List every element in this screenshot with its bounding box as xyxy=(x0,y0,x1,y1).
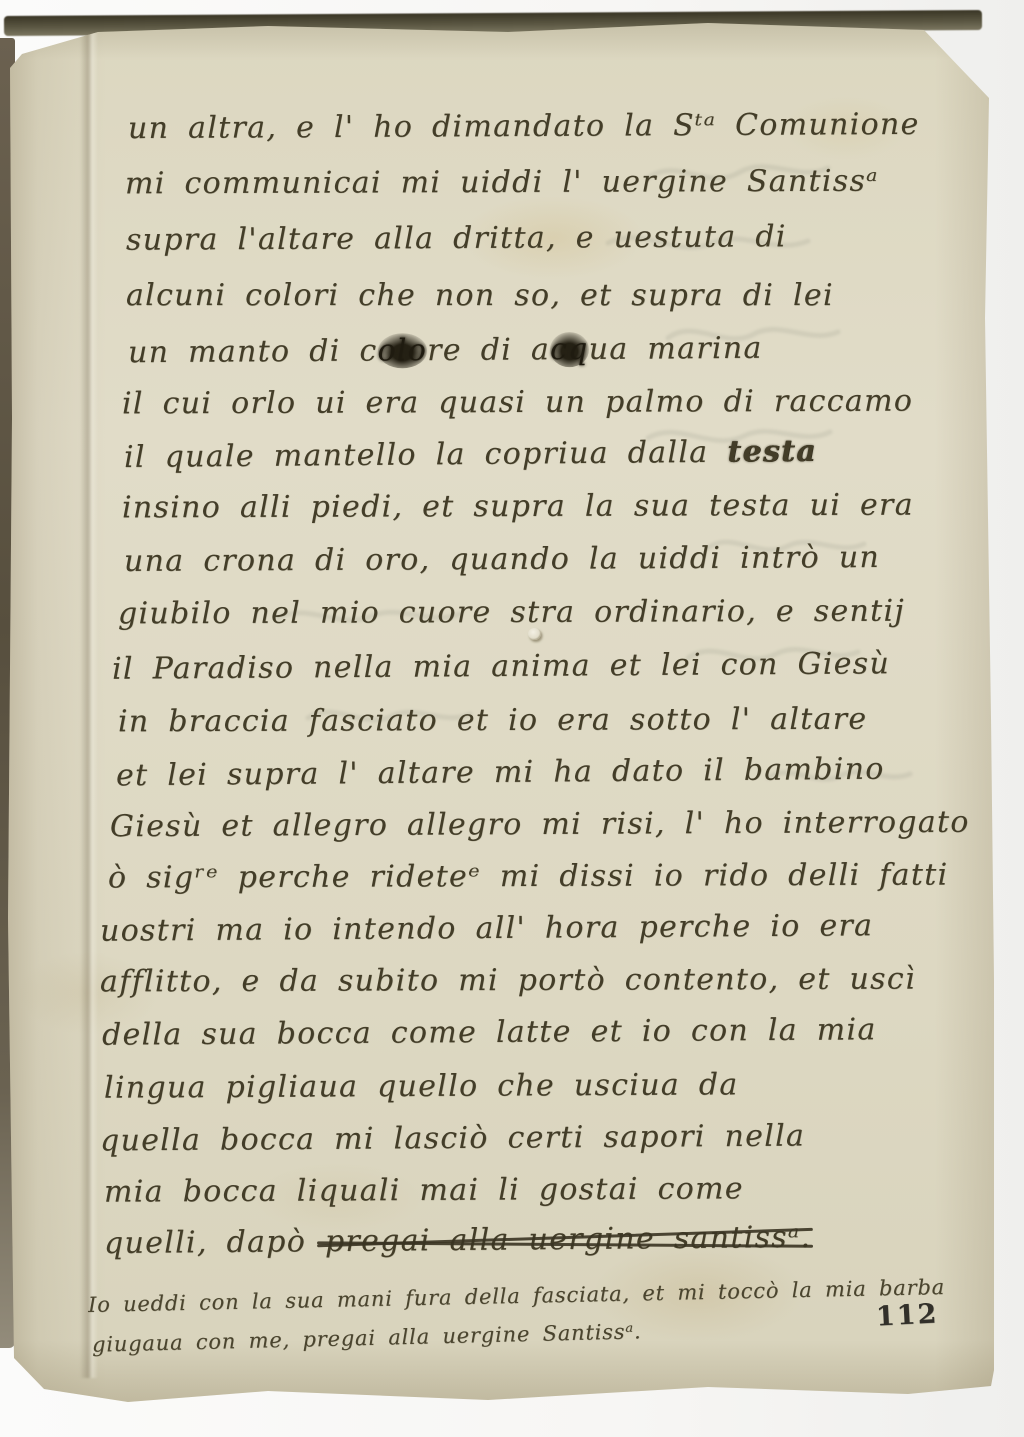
line-text: afflitto, e da subito mi portò contento,… xyxy=(100,962,916,1000)
line-text: supra l'altare alla dritta, e uestuta di xyxy=(126,219,787,257)
line-text: quelli, dapò xyxy=(104,1224,325,1261)
line-text: et lei supra l' altare mi ha dato il bam… xyxy=(116,752,885,794)
text-line-5: un manto di colore di acqua marina xyxy=(128,334,763,368)
handwritten-text-block: un altra, e l' ho dimandato la Sᵗᵃ Comun… xyxy=(8,18,994,1410)
text-line-2: mi communicai mi uiddi l' uergine Santis… xyxy=(125,167,879,200)
text-line-17: afflitto, e da subito mi portò contento,… xyxy=(100,965,916,998)
text-line-19: lingua pigliaua quello che usciua da xyxy=(104,1070,739,1103)
line-text: Io ueddi con la sua mani fura della fasc… xyxy=(88,1275,945,1317)
text-line-7: il quale mantello la copriua dalla testa xyxy=(124,437,817,473)
line-text: alcuni colori che non so, et supra di le… xyxy=(126,278,834,313)
manuscript-page: un altra, e l' ho dimandato la Sᵗᵃ Comun… xyxy=(8,18,994,1410)
text-line-13: et lei supra l' altare mi ha dato il bam… xyxy=(116,755,885,792)
line-text: il cui orlo ui era quasi un palmo di rac… xyxy=(122,384,913,422)
line-text: Giesù et allegro allegro mi risi, l' ho … xyxy=(110,805,970,845)
line-text: un altra, e l' ho dimandato la Sᵗᵃ Comun… xyxy=(128,107,920,146)
text-line-9: una crona di oro, quando la uiddi intrò … xyxy=(124,543,880,577)
line-text: giubilo nel mio cuore stra ordinario, e … xyxy=(118,594,905,632)
struck-through-passage: pregai alla uergine santissᵃ. xyxy=(325,1223,812,1257)
line-text: ua marina xyxy=(589,331,763,367)
text-line-11: il Paradiso nella mia anima et lei con G… xyxy=(112,649,890,684)
line-text: un manto di c xyxy=(128,333,378,370)
text-line-20: quella bocca mi lasciò certi sapori nell… xyxy=(100,1122,805,1157)
text-line-14: Giesù et allegro allegro mi risi, l' ho … xyxy=(110,808,970,843)
text-line-4: alcuni colori che non so, et supra di le… xyxy=(126,281,834,311)
ink-blot: cq xyxy=(550,332,589,367)
text-line-18: della sua bocca come latte et io con la … xyxy=(102,1015,877,1050)
line-text: mia bocca liquali mai li gostai come xyxy=(104,1171,744,1209)
text-line-21: mia bocca liquali mai li gostai come xyxy=(104,1174,744,1207)
text-line-1: un altra, e l' ho dimandato la Sᵗᵃ Comun… xyxy=(128,110,920,144)
text-line-16: uostri ma io intendo all' hora perche io… xyxy=(100,911,874,946)
text-line-24-marginal: giugaua con me, pregai alla uergine Sant… xyxy=(92,1321,642,1355)
ink-blot: olo xyxy=(377,333,427,368)
line-text: mi communicai mi uiddi l' uergine Santis… xyxy=(125,164,879,202)
line-text: della sua bocca come latte et io con la … xyxy=(102,1012,877,1052)
page-number: 112 xyxy=(875,1298,939,1332)
line-text: una crona di oro, quando la uiddi intrò … xyxy=(124,540,880,579)
text-line-10: giubilo nel mio cuore stra ordinario, e … xyxy=(118,597,905,630)
text-line-8: insino alli piedi, et supra la sua testa… xyxy=(122,491,914,524)
line-text: ò sigʳᵉ perche rideteᵉ mi dissi io rido … xyxy=(108,858,949,896)
line-text: re di a xyxy=(427,332,550,368)
line-text: il quale mantello la copriua dalla xyxy=(124,435,728,475)
line-text: uostri ma io intendo all' hora perche io… xyxy=(100,908,874,948)
text-line-12: in braccia fasciato et io era sotto l' a… xyxy=(118,705,868,738)
text-line-22: quelli, dapò pregai alla uergine santiss… xyxy=(104,1223,812,1259)
overwritten-word: testa xyxy=(727,434,817,470)
line-text: il Paradiso nella mia anima et lei con G… xyxy=(112,646,890,686)
scan-background: { "manuscript": { "page_number": "112", … xyxy=(0,0,1024,1437)
line-text: lingua pigliaua quello che usciua da xyxy=(104,1067,739,1105)
text-line-3: supra l'altare alla dritta, e uestuta di xyxy=(126,222,787,255)
manuscript-scan: un altra, e l' ho dimandato la Sᵗᵃ Comun… xyxy=(0,0,1024,1437)
line-text: giugaua con me, pregai alla uergine Sant… xyxy=(92,1319,642,1356)
text-line-6: il cui orlo ui era quasi un palmo di rac… xyxy=(122,387,913,420)
paper-hole xyxy=(528,628,541,640)
line-text: quella bocca mi lasciò certi sapori nell… xyxy=(100,1119,805,1159)
line-text: insino alli piedi, et supra la sua testa… xyxy=(122,488,914,526)
text-line-15: ò sigʳᵉ perche rideteᵉ mi dissi io rido … xyxy=(108,861,949,894)
text-line-23-marginal: Io ueddi con la sua mani fura della fasc… xyxy=(88,1277,945,1316)
line-text: in braccia fasciato et io era sotto l' a… xyxy=(118,702,868,740)
